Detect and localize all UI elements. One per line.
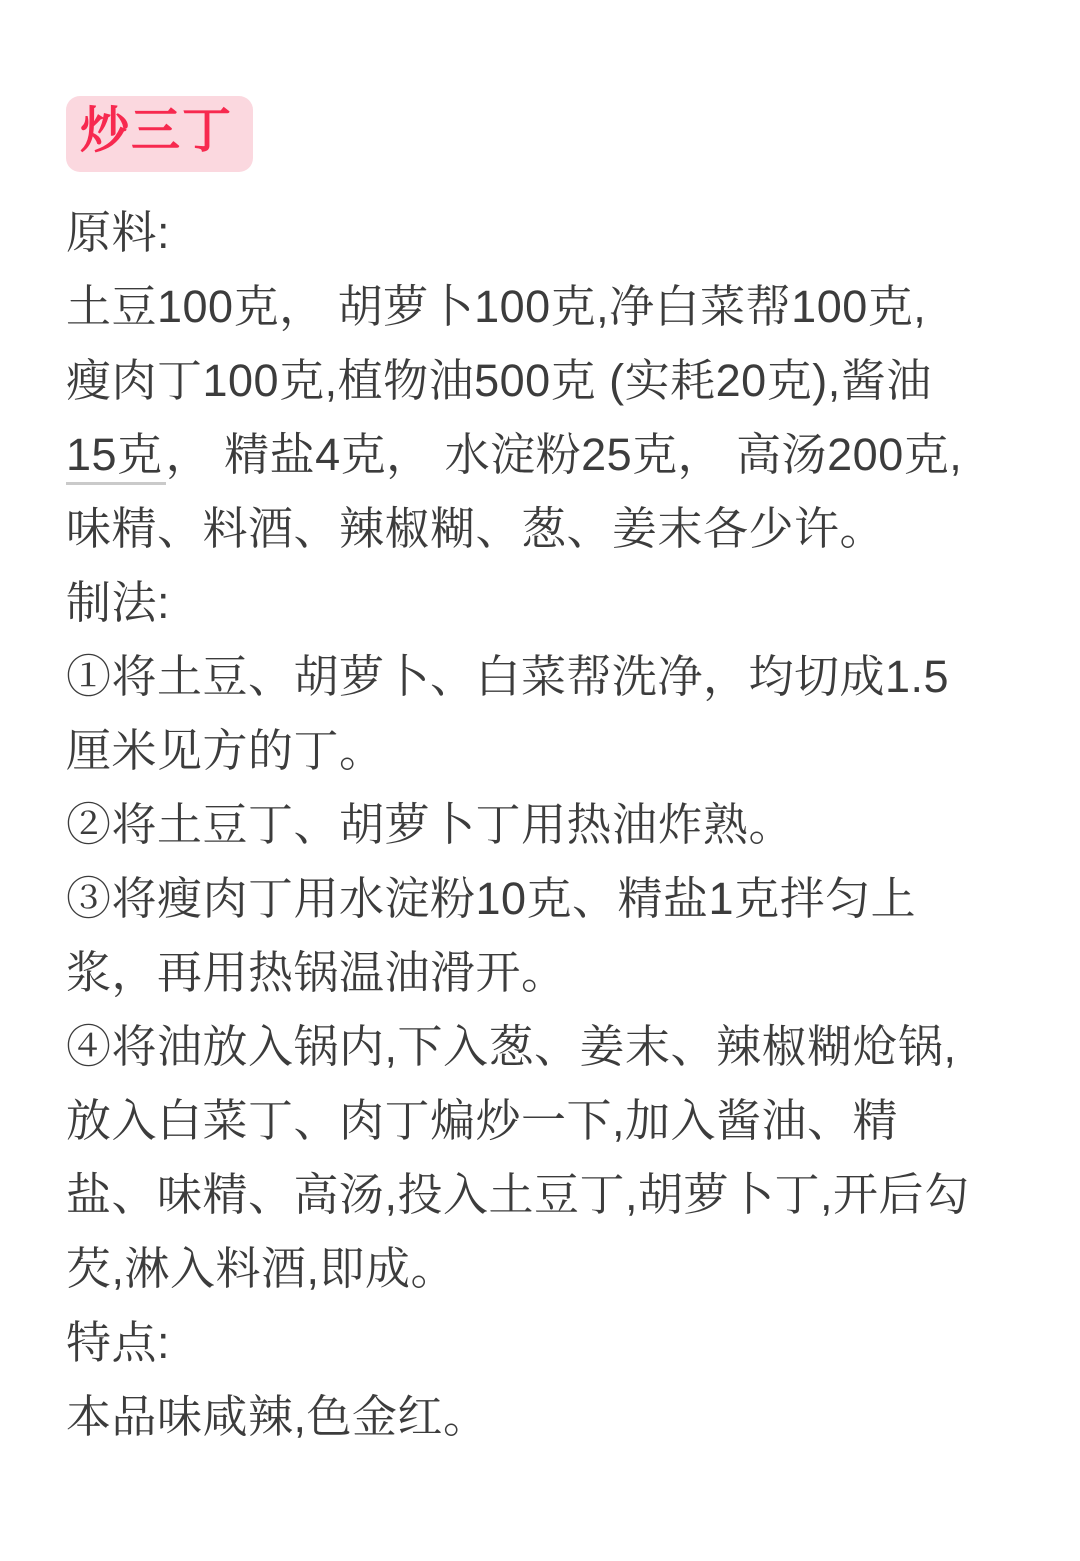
method-step-2: ②将土豆丁、胡萝卜丁用热油炸熟。: [66, 788, 1024, 862]
recipe-title: 炒三丁: [80, 104, 233, 158]
features-heading: 特点:: [66, 1306, 1024, 1380]
method-step-1-line-1: ①将土豆、胡萝卜、白菜帮洗净，均切成1.5: [66, 640, 1024, 714]
method-step-3-line-2: 浆，再用热锅温油滑开。: [66, 936, 1024, 1010]
underlined-quantity: 15克: [66, 429, 166, 485]
method-step-4-line-1: ④将油放入锅内,下入葱、姜末、辣椒糊炝锅,: [66, 1010, 1024, 1084]
recipe-body: 原料: 土豆100克， 胡萝卜100克,净白菜帮100克, 瘦肉丁100克,植物…: [66, 196, 1024, 1454]
ingredients-line-1: 土豆100克， 胡萝卜100克,净白菜帮100克,: [66, 270, 1024, 344]
method-step-4-line-2: 放入白菜丁、肉丁煸炒一下,加入酱油、精: [66, 1084, 1024, 1158]
features-line-1: 本品味咸辣,色金红。: [66, 1380, 1024, 1454]
method-step-1-line-2: 厘米见方的丁。: [66, 714, 1024, 788]
ingredients-line-3-rest: ， 精盐4克， 水淀粉25克， 高汤200克,: [166, 429, 963, 480]
ingredients-heading: 原料:: [66, 196, 1024, 270]
method-step-4-line-3: 盐、味精、高汤,投入土豆丁,胡萝卜丁,开后勾: [66, 1158, 1024, 1232]
method-step-3-line-1: ③将瘦肉丁用水淀粉10克、精盐1克拌匀上: [66, 862, 1024, 936]
recipe-page: 炒三丁 原料: 土豆100克， 胡萝卜100克,净白菜帮100克, 瘦肉丁100…: [0, 0, 1080, 1561]
method-step-4-line-4: 芡,淋入料酒,即成。: [66, 1232, 1024, 1306]
ingredients-line-3: 15克， 精盐4克， 水淀粉25克， 高汤200克,: [66, 418, 1024, 492]
ingredients-line-2: 瘦肉丁100克,植物油500克 (实耗20克),酱油: [66, 344, 1024, 418]
recipe-title-highlight: 炒三丁: [66, 96, 253, 172]
method-heading: 制法:: [66, 566, 1024, 640]
ingredients-line-4: 味精、料酒、辣椒糊、葱、姜末各少许。: [66, 492, 1024, 566]
